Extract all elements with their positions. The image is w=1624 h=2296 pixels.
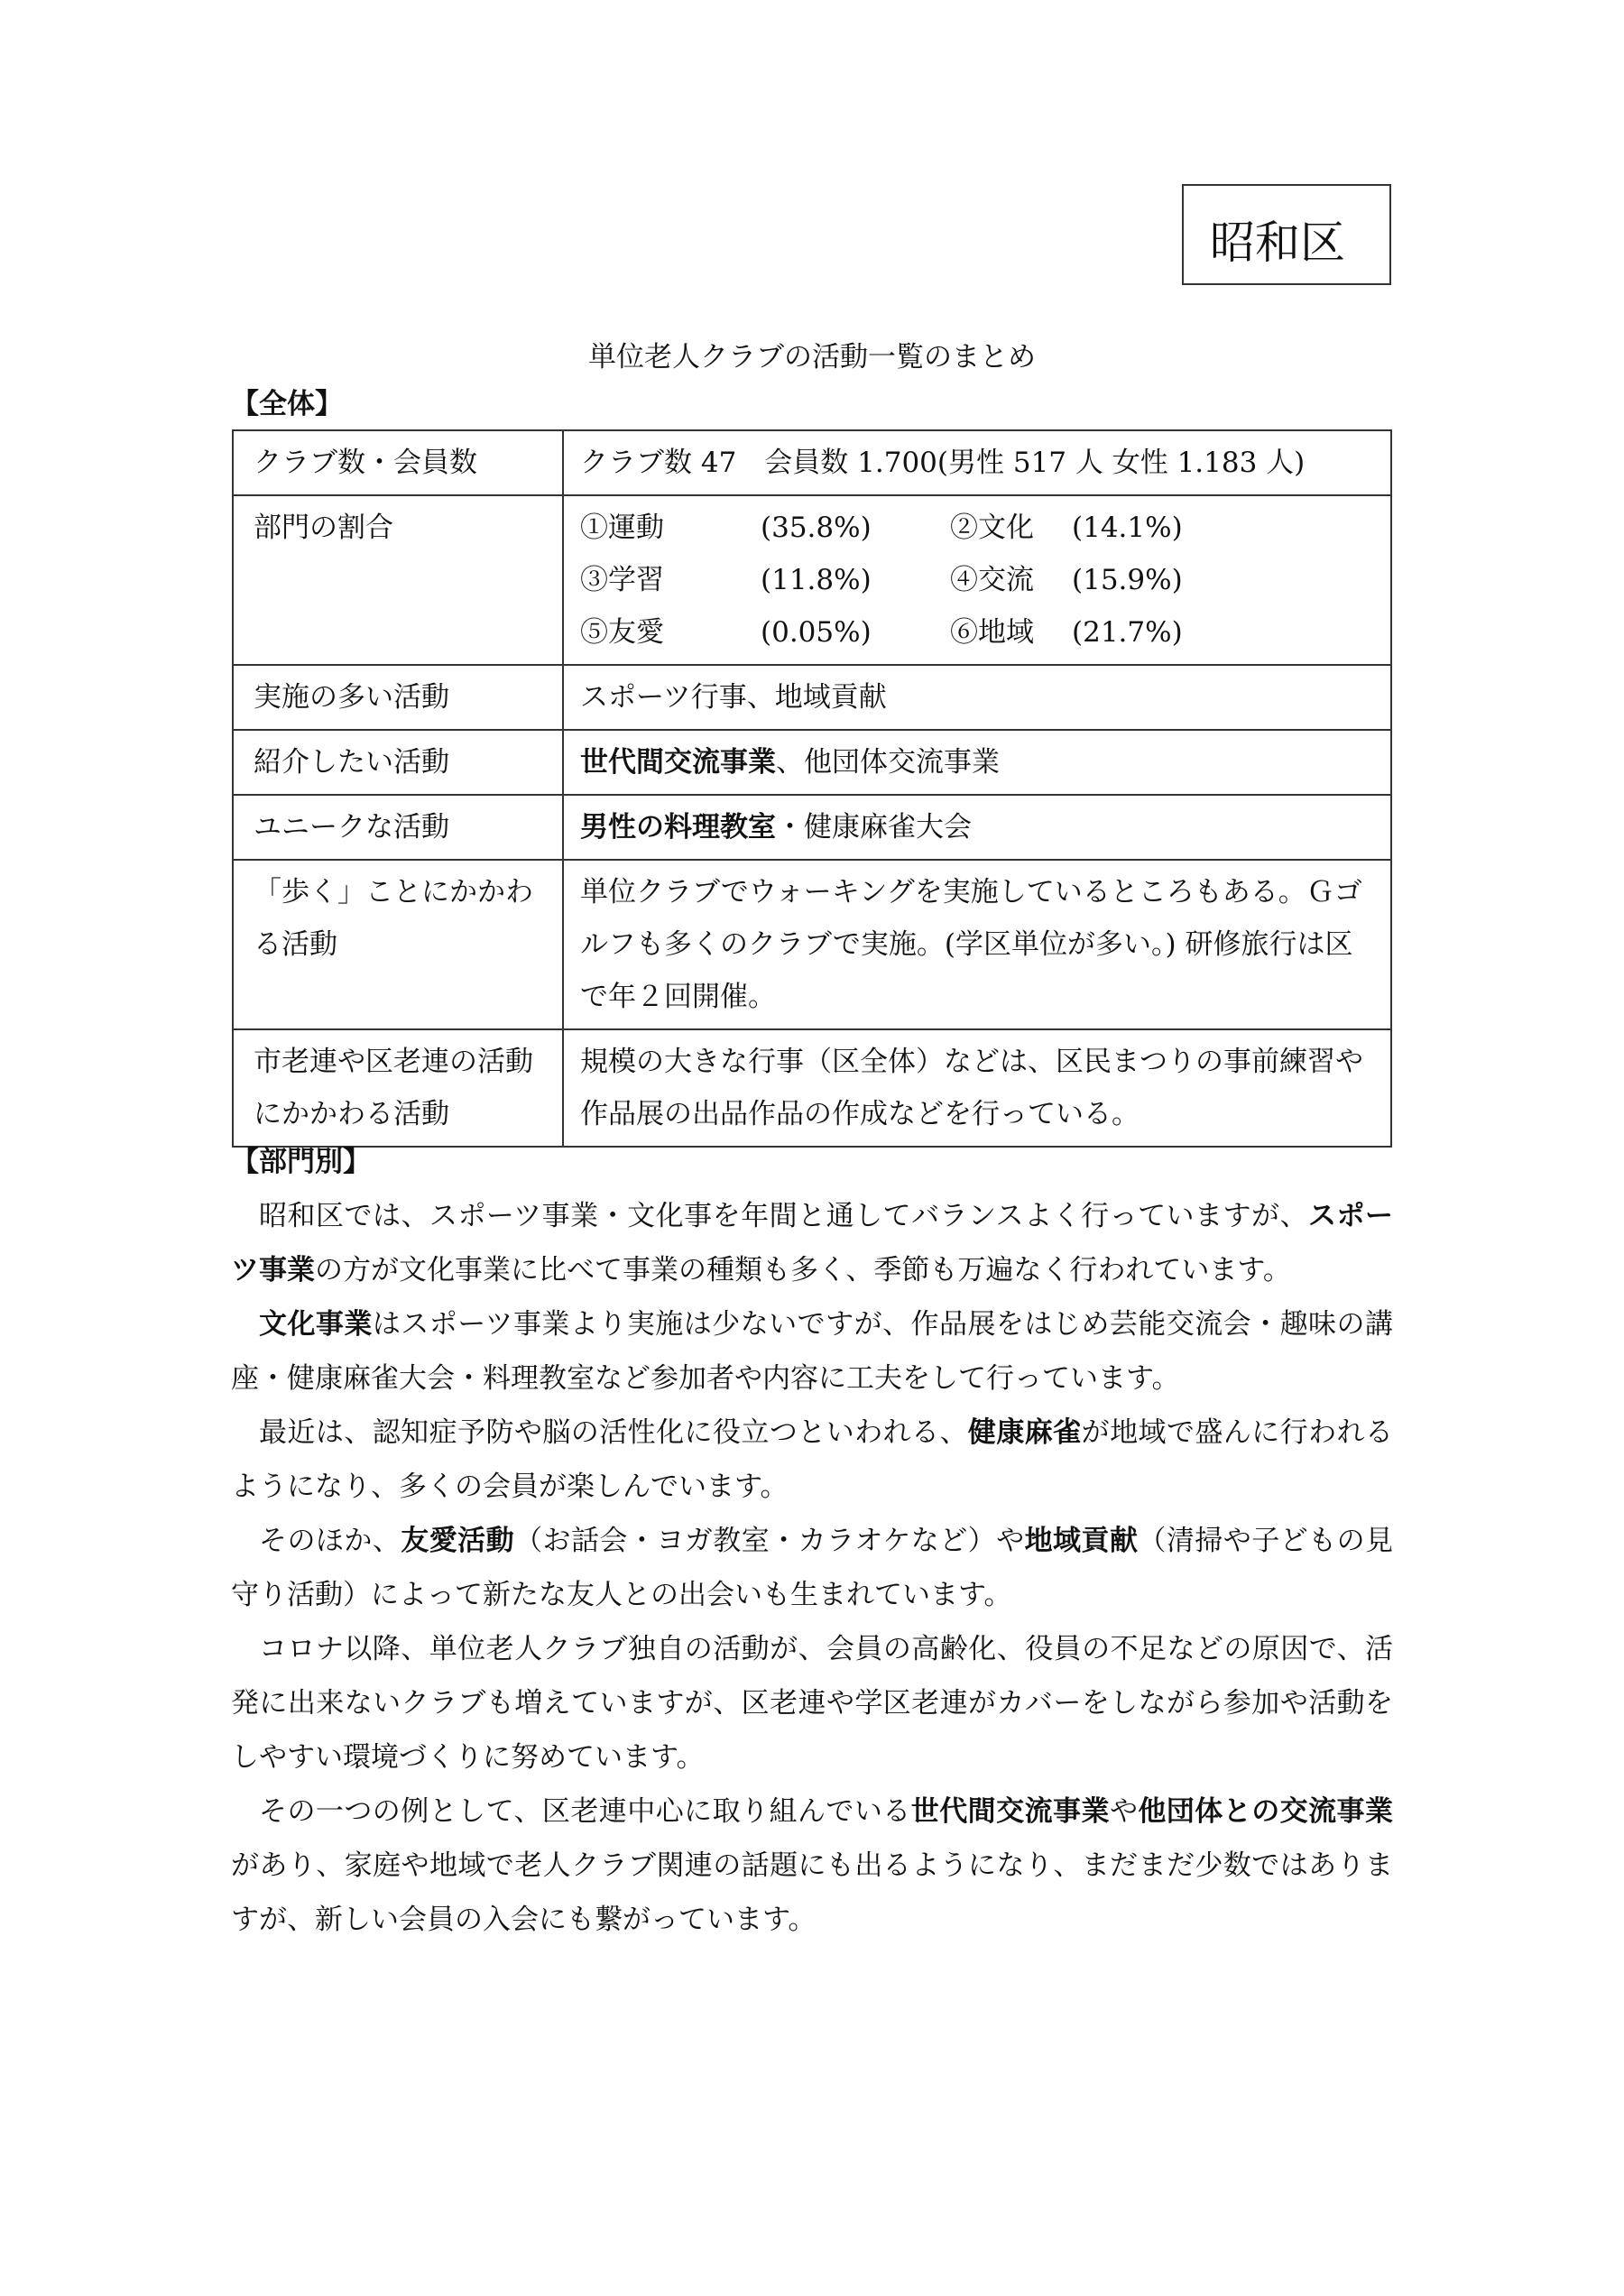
emphasis-text: 世代間交流事業 bbox=[580, 746, 776, 779]
emphasis-text: 世代間交流事業 bbox=[911, 1795, 1110, 1828]
row-value: 規模の大きな行事（区全体）などは、区民まつりの事前練習や作品展の出品作品の作成な… bbox=[563, 1029, 1391, 1147]
ratio-name: ④交流 bbox=[950, 554, 1072, 606]
ratio-pct: (11.8%) bbox=[761, 554, 950, 606]
row-value: 単位クラブでウォーキングを実施しているところもある。Ｇゴルフも多くのクラブで実施… bbox=[563, 860, 1391, 1029]
emphasis-text: 文化事業 bbox=[259, 1308, 373, 1341]
paragraph: 昭和区では、スポーツ事業・文化事を年間と通してバランスよく行っていますが、スポー… bbox=[231, 1189, 1393, 1297]
table-row: クラブ数・会員数 クラブ数 47 会員数 1.700(男性 517 人 女性 1… bbox=[233, 430, 1391, 495]
plain-text: コロナ以降、単位老人クラブ独自の活動が、会員の高齢化、役員の不足などの原因で、活… bbox=[231, 1633, 1393, 1774]
ratio-name: ⑥地域 bbox=[950, 606, 1072, 659]
ratio-pct: (35.8%) bbox=[761, 502, 950, 554]
row-value: スポーツ行事、地域貢献 bbox=[563, 665, 1391, 730]
emphasis-text: 他団体との交流事業 bbox=[1138, 1795, 1393, 1828]
plain-text: その一つの例として、区老連中心に取り組んでいる bbox=[259, 1795, 911, 1828]
ratio-line: ③学習 (11.8%) ④交流 (15.9%) bbox=[580, 554, 1379, 606]
emphasis-text: 地域貢献 bbox=[1025, 1525, 1139, 1557]
section-heading-overall: 【全体】 bbox=[231, 381, 343, 421]
row-label: ユニークな活動 bbox=[233, 795, 563, 860]
ward-label: 昭和区 bbox=[1210, 207, 1345, 272]
table-row: 部門の割合 ①運動 (35.8%) ②文化 (14.1%) ③学習 (11.8%… bbox=[233, 495, 1391, 665]
table-row: ユニークな活動 男性の料理教室・健康麻雀大会 bbox=[233, 795, 1391, 860]
table-row: 「歩く」ことにかかわる活動 単位クラブでウォーキングを実施しているところもある。… bbox=[233, 860, 1391, 1029]
department-body: 昭和区では、スポーツ事業・文化事を年間と通してバランスよく行っていますが、スポー… bbox=[231, 1189, 1393, 1947]
overall-summary-table: クラブ数・会員数 クラブ数 47 会員数 1.700(男性 517 人 女性 1… bbox=[232, 429, 1392, 1148]
row-value: 世代間交流事業、他団体交流事業 bbox=[563, 730, 1391, 795]
plain-text: や bbox=[1110, 1795, 1138, 1828]
ratio-name: ③学習 bbox=[580, 554, 761, 606]
plain-text: があり、家庭や地域で老人クラブ関連の話題にも出るようになり、まだまだ少数ではあり… bbox=[231, 1849, 1393, 1936]
ratio-name: ①運動 bbox=[580, 502, 761, 554]
plain-text: の方が文化事業に比べて事業の種類も多く、季節も万遍なく行われています。 bbox=[315, 1254, 1291, 1286]
ratio-name: ⑤友愛 bbox=[580, 606, 761, 659]
paragraph: そのほか、友愛活動（お話会・ヨガ教室・カラオケなど）や地域貢献（清掃や子どもの見… bbox=[231, 1514, 1393, 1622]
row-label: クラブ数・会員数 bbox=[233, 430, 563, 495]
plain-text: 最近は、認知症予防や脳の活性化に役立つといわれる、 bbox=[259, 1416, 968, 1449]
plain-text: そのほか、 bbox=[259, 1525, 401, 1557]
row-value: クラブ数 47 会員数 1.700(男性 517 人 女性 1.183 人) bbox=[563, 430, 1391, 495]
emphasis-text: 友愛活動 bbox=[401, 1525, 514, 1557]
ratio-line: ①運動 (35.8%) ②文化 (14.1%) bbox=[580, 502, 1379, 554]
paragraph: その一つの例として、区老連中心に取り組んでいる世代間交流事業や他団体との交流事業… bbox=[231, 1784, 1393, 1947]
paragraph: コロナ以降、単位老人クラブ独自の活動が、会員の高齢化、役員の不足などの原因で、活… bbox=[231, 1622, 1393, 1784]
section-heading-by-department: 【部門別】 bbox=[231, 1139, 371, 1179]
table-row: 実施の多い活動 スポーツ行事、地域貢献 bbox=[233, 665, 1391, 730]
emphasis-text: 男性の料理教室 bbox=[580, 811, 776, 844]
emphasis-text: 健康麻雀 bbox=[968, 1416, 1082, 1449]
paragraph: 最近は、認知症予防や脳の活性化に役立つといわれる、健康麻雀が地域で盛んに行われる… bbox=[231, 1406, 1393, 1514]
document-title: 単位老人クラブの活動一覧のまとめ bbox=[0, 334, 1624, 374]
plain-text: （お話会・ヨガ教室・カラオケなど）や bbox=[514, 1525, 1025, 1557]
ratio-pct: (15.9%) bbox=[1072, 554, 1183, 606]
row-label: 「歩く」ことにかかわる活動 bbox=[233, 860, 563, 1029]
ratio-line: ⑤友愛 (0.05%) ⑥地域 (21.7%) bbox=[580, 606, 1379, 659]
row-value: 男性の料理教室・健康麻雀大会 bbox=[563, 795, 1391, 860]
table-row: 市老連や区老連の活動にかかわる活動 規模の大きな行事（区全体）などは、区民まつり… bbox=[233, 1029, 1391, 1147]
department-ratios: ①運動 (35.8%) ②文化 (14.1%) ③学習 (11.8%) ④交流 … bbox=[563, 495, 1391, 665]
ratio-pct: (14.1%) bbox=[1072, 502, 1183, 554]
plain-text: 、他団体交流事業 bbox=[776, 746, 1000, 779]
paragraph: 文化事業はスポーツ事業より実施は少ないですが、作品展をはじめ芸能交流会・趣味の講… bbox=[231, 1297, 1393, 1406]
ward-label-box: 昭和区 bbox=[1182, 184, 1391, 285]
ratio-pct: (0.05%) bbox=[761, 606, 950, 659]
row-label: 紹介したい活動 bbox=[233, 730, 563, 795]
plain-text: はスポーツ事業より実施は少ないですが、作品展をはじめ芸能交流会・趣味の講座・健康… bbox=[231, 1308, 1393, 1395]
ratio-pct: (21.7%) bbox=[1072, 606, 1183, 659]
plain-text: ・健康麻雀大会 bbox=[776, 811, 972, 844]
row-label: 部門の割合 bbox=[233, 495, 563, 665]
table-row: 紹介したい活動 世代間交流事業、他団体交流事業 bbox=[233, 730, 1391, 795]
ratio-name: ②文化 bbox=[950, 502, 1072, 554]
row-label: 市老連や区老連の活動にかかわる活動 bbox=[233, 1029, 563, 1147]
row-label: 実施の多い活動 bbox=[233, 665, 563, 730]
plain-text: 昭和区では、スポーツ事業・文化事を年間と通してバランスよく行っていますが、 bbox=[259, 1200, 1308, 1232]
